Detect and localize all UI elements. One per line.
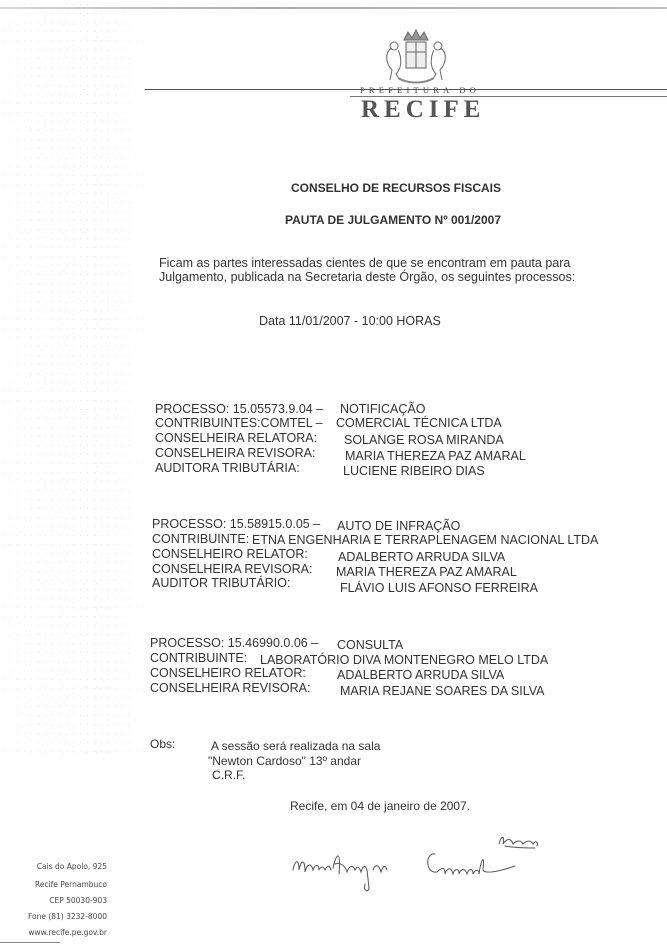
process-type: CONSULTA <box>337 638 403 652</box>
reviewer-value: MARIA THEREZA PAZ AMARAL <box>336 565 517 579</box>
rapporteur-label: CONSELHEIRA RELATORA: <box>155 431 317 445</box>
rapporteur-label: CONSELHEIRO RELATOR: <box>150 666 306 680</box>
taxpayer-label: CONTRIBUINTE: <box>152 532 249 546</box>
rapporteur-value: ADALBERTO ARRUDA SILVA <box>337 668 504 682</box>
place-date: Recife, em 04 de janeiro de 2007. <box>290 799 470 813</box>
scan-edge-line <box>0 7 667 9</box>
auditor-label: AUDITORA TRIBUTÁRIA: <box>155 461 300 475</box>
scan-noise <box>0 0 150 760</box>
taxpayer-value: ETNA ENGENHARIA E TERRAPLENAGEM NACIONAL… <box>252 533 598 547</box>
rapporteur-label: CONSELHEIRO RELATOR: <box>152 547 308 561</box>
intro-line-1: Ficam as partes interessadas cientes de … <box>159 256 570 270</box>
intro-line-2: Julgamento, publicada na Secretaria dest… <box>159 270 575 284</box>
process-type: NOTIFICAÇÃO <box>340 402 425 416</box>
auditor-label: AUDITOR TRIBUTÁRIO: <box>152 576 290 590</box>
letterhead-prefix: PREFEITURA DO <box>360 85 480 95</box>
reviewer-label: CONSELHEIRA REVISORA: <box>152 562 312 576</box>
process-number: PROCESSO: 15.05573.9.04 – <box>155 402 323 416</box>
document-title: PAUTA DE JULGAMENTO Nº 001/2007 <box>285 213 501 227</box>
obs-line-2: "Newton Cardoso" 13º andar <box>208 754 361 768</box>
taxpayer-label: CONTRIBUINTE: <box>150 651 247 665</box>
address-phone: Fone (81) 3232-8000 <box>28 912 107 921</box>
auditor-value: LUCIENE RIBEIRO DIAS <box>343 464 485 478</box>
taxpayer-value: LABORATÓRIO DIVA MONTENEGRO MELO LTDA <box>260 653 548 667</box>
auditor-value: FLÁVIO LUIS AFONSO FERREIRA <box>340 581 538 595</box>
signature-icon <box>285 830 575 910</box>
coat-of-arms-icon <box>378 28 454 86</box>
reviewer-label: CONSELHEIRA REVISORA: <box>155 446 315 460</box>
reviewer-value: MARIA THEREZA PAZ AMARAL <box>345 449 526 463</box>
scan-bottom-line <box>0 942 60 943</box>
rapporteur-value: SOLANGE ROSA MIRANDA <box>344 433 504 447</box>
reviewer-label: CONSELHEIRA REVISORA: <box>150 681 310 695</box>
process-number: PROCESSO: 15.58915.0.05 – <box>152 517 320 531</box>
taxpayer-label: CONTRIBUINTES:COMTEL – <box>155 416 323 430</box>
session-date: Data 11/01/2007 - 10:00 HORAS <box>259 314 441 328</box>
rapporteur-value: ADALBERTO ARRUDA SILVA <box>338 550 505 564</box>
address-city: Recife Pernambuco <box>35 880 107 889</box>
obs-line-1: A sessão será realizada na sala <box>211 739 380 753</box>
address-cep: CEP 50030-903 <box>49 896 107 905</box>
process-type: AUTO DE INFRAÇÃO <box>337 519 460 533</box>
taxpayer-value: COMERCIAL TÉCNICA LTDA <box>336 416 502 430</box>
obs-label: Obs: <box>150 737 175 751</box>
council-heading: CONSELHO DE RECURSOS FISCAIS <box>291 181 501 195</box>
reviewer-value: MARIA REJANE SOARES DA SILVA <box>340 684 544 698</box>
address-website: www.recife.pe.gov.br <box>28 928 107 937</box>
process-number: PROCESSO: 15.46990.0.06 – <box>150 636 318 650</box>
letterhead-city: RECIFE <box>361 96 485 124</box>
address-street: Cais do Apolo, 925 <box>37 862 107 871</box>
obs-line-3: C.R.F. <box>212 768 245 782</box>
